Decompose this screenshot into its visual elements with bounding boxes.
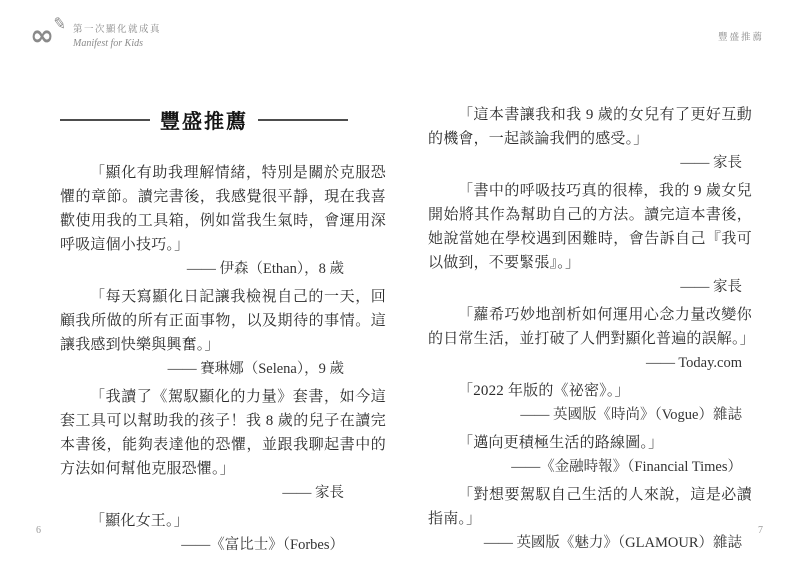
testimonial-quote: 「2022 年版的《祕密》。」 — [428, 379, 752, 403]
testimonial: 「2022 年版的《祕密》。」 —— 英國版《時尚》（Vogue）雜誌 — [428, 379, 752, 427]
testimonial: 「書中的呼吸技巧真的很棒，我的 9 歲女兒開始將其作為幫助自己的方法。讀完這本書… — [428, 179, 752, 299]
testimonial-attribution: —— Today.com — [428, 351, 752, 375]
testimonial-attribution: —— 家長 — [60, 481, 386, 505]
testimonial: 「這本書讓我和我 9 歲的女兒有了更好互動的機會，一起談論我們的感受。」 —— … — [428, 103, 752, 175]
testimonial-attribution: ——《富比士》（Forbes） — [60, 533, 386, 557]
testimonial-attribution: —— 英國版《魅力》（GLAMOUR）雜誌 — [428, 531, 752, 555]
brand-title-cjk: 第一次顯化就成真 — [73, 24, 161, 36]
testimonial-quote: 「對想要駕馭自己生活的人來說，這是必讀指南。」 — [428, 483, 752, 531]
brand-title-en: Manifest for Kids — [73, 37, 161, 50]
testimonial-quote: 「每天寫顯化日記讓我檢視自己的一天，回顧我所做的所有正面事物，以及期待的事情。這… — [60, 285, 386, 357]
testimonial-quote: 「這本書讓我和我 9 歲的女兒有了更好互動的機會，一起談論我們的感受。」 — [428, 103, 752, 151]
testimonial-quote: 「蘿希巧妙地剖析如何運用心念力量改變你的日常生活，並打破了人們對顯化普遍的誤解。… — [428, 303, 752, 351]
section-title: 豐盛推薦 — [160, 105, 248, 134]
title-rule-right — [258, 119, 348, 121]
testimonial-quote: 「邁向更積極生活的路線圖。」 — [428, 431, 752, 455]
testimonial: 「每天寫顯化日記讓我檢視自己的一天，回顧我所做的所有正面事物，以及期待的事情。這… — [60, 285, 386, 381]
page-number-right: 7 — [758, 525, 763, 536]
testimonial-attribution: ——《金融時報》（Financial Times） — [428, 455, 752, 479]
testimonial-attribution: —— 家長 — [428, 275, 752, 299]
testimonial: 「對想要駕馭自己生活的人來說，這是必讀指南。」 —— 英國版《魅力》（GLAMO… — [428, 483, 752, 555]
infinity-icon: ∞ — [30, 20, 54, 50]
testimonial: 「蘿希巧妙地剖析如何運用心念力量改變你的日常生活，並打破了人們對顯化普遍的誤解。… — [428, 303, 752, 375]
testimonial: 「顯化女王。」 ——《富比士》（Forbes） — [60, 509, 386, 557]
testimonial-attribution: —— 賽琳娜（Selena），9 歲 — [60, 357, 386, 381]
book-spread: ∞ ✎ 第一次顯化就成真 Manifest for Kids 豐盛推薦 豐盛推薦… — [0, 0, 800, 567]
testimonial-quote: 「書中的呼吸技巧真的很棒，我的 9 歲女兒開始將其作為幫助自己的方法。讀完這本書… — [428, 179, 752, 275]
testimonial: 「我讀了《駕馭顯化的力量》套書，如今這套工具可以幫助我的孩子！我 8 歲的兒子在… — [60, 385, 386, 505]
testimonial-quote: 「顯化女王。」 — [60, 509, 386, 533]
testimonial-quote: 「顯化有助我理解情緒，特別是關於克服恐懼的章節。讀完書後，我感覺很平靜，現在我喜… — [60, 161, 386, 257]
testimonial-attribution: —— 伊森（Ethan），8 歲 — [60, 257, 386, 281]
running-head: 豐盛推薦 — [718, 29, 764, 43]
section-title-row: 豐盛推薦 — [60, 105, 348, 134]
testimonial: 「邁向更積極生活的路線圖。」 ——《金融時報》（Financial Times） — [428, 431, 752, 479]
testimonial-attribution: —— 英國版《時尚》（Vogue）雜誌 — [428, 403, 752, 427]
testimonial-quote: 「我讀了《駕馭顯化的力量》套書，如今這套工具可以幫助我的孩子！我 8 歲的兒子在… — [60, 385, 386, 481]
testimonial-attribution: —— 家長 — [428, 151, 752, 175]
pencil-icon: ✎ — [51, 13, 67, 34]
brand-logo: ∞ ✎ 第一次顯化就成真 Manifest for Kids — [30, 22, 161, 52]
title-rule-left — [60, 119, 150, 121]
right-page-column: 「這本書讓我和我 9 歲的女兒有了更好互動的機會，一起談論我們的感受。」 —— … — [428, 103, 752, 559]
testimonial: 「顯化有助我理解情緒，特別是關於克服恐懼的章節。讀完書後，我感覺很平靜，現在我喜… — [60, 161, 386, 281]
logo-mark: ∞ ✎ — [30, 22, 66, 52]
left-page-column: 豐盛推薦 「顯化有助我理解情緒，特別是關於克服恐懼的章節。讀完書後，我感覺很平靜… — [60, 105, 386, 561]
brand-text: 第一次顯化就成真 Manifest for Kids — [73, 24, 161, 49]
page-number-left: 6 — [36, 525, 41, 536]
